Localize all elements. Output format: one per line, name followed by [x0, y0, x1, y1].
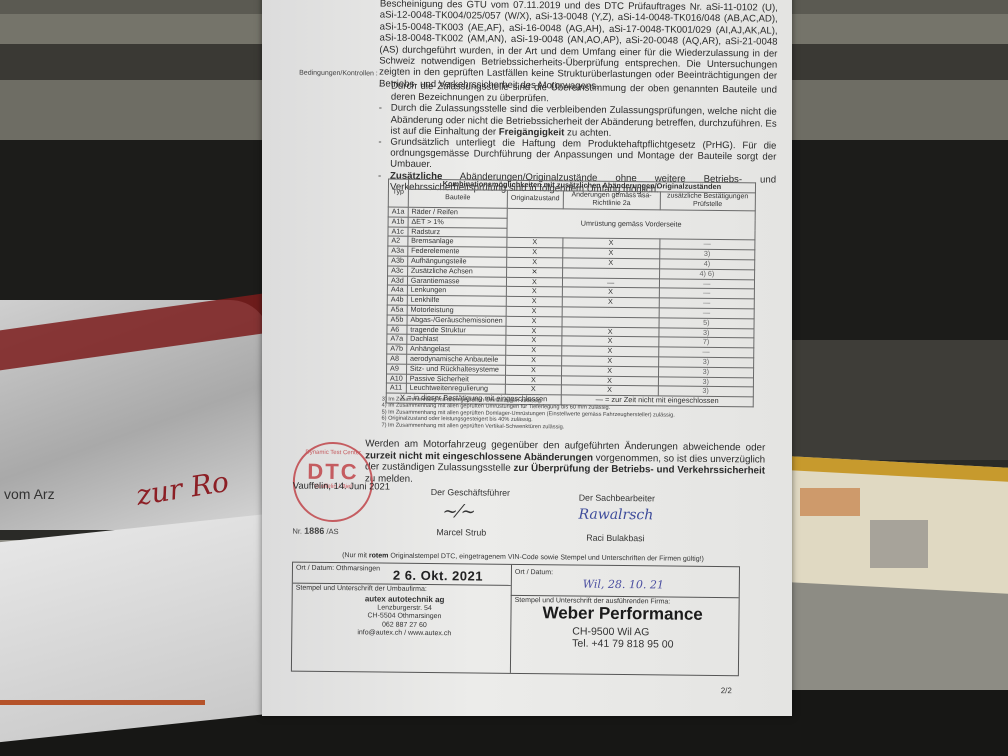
page-number: 2/2 [721, 686, 732, 695]
converter-date-stamp: 2 6. Okt. 2021 [393, 568, 483, 584]
executor-place-label: Ort / Datum: [515, 569, 553, 576]
converter-stamp-label: Stempel und Unterschrift der Umbaufirma: [296, 585, 427, 593]
merged-note-cell: Umrüstung gemäss Vorderseite [507, 208, 755, 240]
cell-original: X [506, 306, 562, 316]
condition-item: Durch die Zulassungsstelle sind die verb… [378, 103, 776, 141]
executor-company-name: Weber Performance [542, 603, 703, 625]
cell-type: A1b [388, 217, 408, 227]
managing-director-name: Marcel Strub [436, 527, 486, 538]
cell-original: X [506, 355, 562, 365]
clerk-name: Raci Bulakbasi [586, 533, 644, 544]
product-box-panel [870, 520, 928, 568]
cell-original: X [506, 316, 562, 326]
cell-original: X [506, 365, 562, 375]
bag-print-text: vom Arz [4, 486, 55, 502]
cell-original: ✕ [507, 267, 563, 277]
paper-stack [0, 514, 268, 742]
cell-type: A3b [388, 256, 408, 266]
cell-type: A1a [388, 207, 408, 217]
footnotes: 3) Im Zusammenhang mit allen geprüften U… [381, 397, 761, 433]
col-header-part: Bauteile [408, 189, 507, 208]
cell-type: A9 [387, 364, 407, 374]
certificate-page: Bescheinigung des GTU vom 07.11.2019 und… [262, 0, 792, 716]
conditions-label: Bedingungen/Kontrollen : [299, 70, 378, 78]
product-box-label [800, 488, 860, 516]
combination-table: Typ Kombinationsmöglichkeiten mit zusätz… [386, 179, 756, 408]
col-header-asa: Änderungen gemäss asa-Richtlinie 2a [563, 191, 660, 210]
cell-original: X [507, 257, 563, 267]
issue-place-date: Vauffelin, 14. Juni 2021 [293, 480, 390, 492]
converter-place-label: Ort / Datum: Othmarsingen [296, 565, 380, 573]
cell-type: A11 [386, 383, 406, 393]
executor-company-details: CH-9500 Wil AG Tel. +41 79 818 95 00 [572, 626, 674, 651]
clerk-label: Der Sachbearbeiter [579, 493, 655, 504]
executor-handwritten-date: Wil, 28. 10. 21 [583, 578, 664, 592]
col-header-extra: zusätzliche Bestätigungen Prüfstelle [660, 192, 756, 211]
clerk-signature: Rawalrsch [578, 507, 653, 524]
converter-company-stamp: autex autotechnik ag Lenzburgerstr. 54 C… [344, 595, 464, 639]
company-stamps-box: Ort / Datum: Othmarsingen 2 6. Okt. 2021… [291, 562, 740, 677]
validity-note: (Nur mit rotem Originalstempel DTC, eing… [342, 552, 704, 563]
warning-paragraph: Werden am Motorfahrzeug gegenüber den au… [365, 438, 765, 489]
col-header-original: Originalzustand [507, 190, 563, 209]
intro-paragraph: Bescheinigung des GTU vom 07.11.2019 und… [379, 0, 778, 94]
cell-type: A8 [387, 354, 407, 364]
managing-director-signature: ~⁄~ [442, 501, 475, 522]
cell-type: A3c [388, 266, 408, 276]
certificate-number: Nr. 1886 /AS [292, 526, 338, 536]
cell-type: A5b [387, 315, 407, 325]
condition-item: Grundsätzlich unterliegt die Haftung dem… [378, 136, 776, 174]
cell-type: A5a [387, 305, 407, 315]
col-header-type: Typ [388, 179, 408, 207]
paper-stack-edge [0, 700, 205, 705]
managing-director-label: Der Geschäftsführer [431, 487, 510, 498]
